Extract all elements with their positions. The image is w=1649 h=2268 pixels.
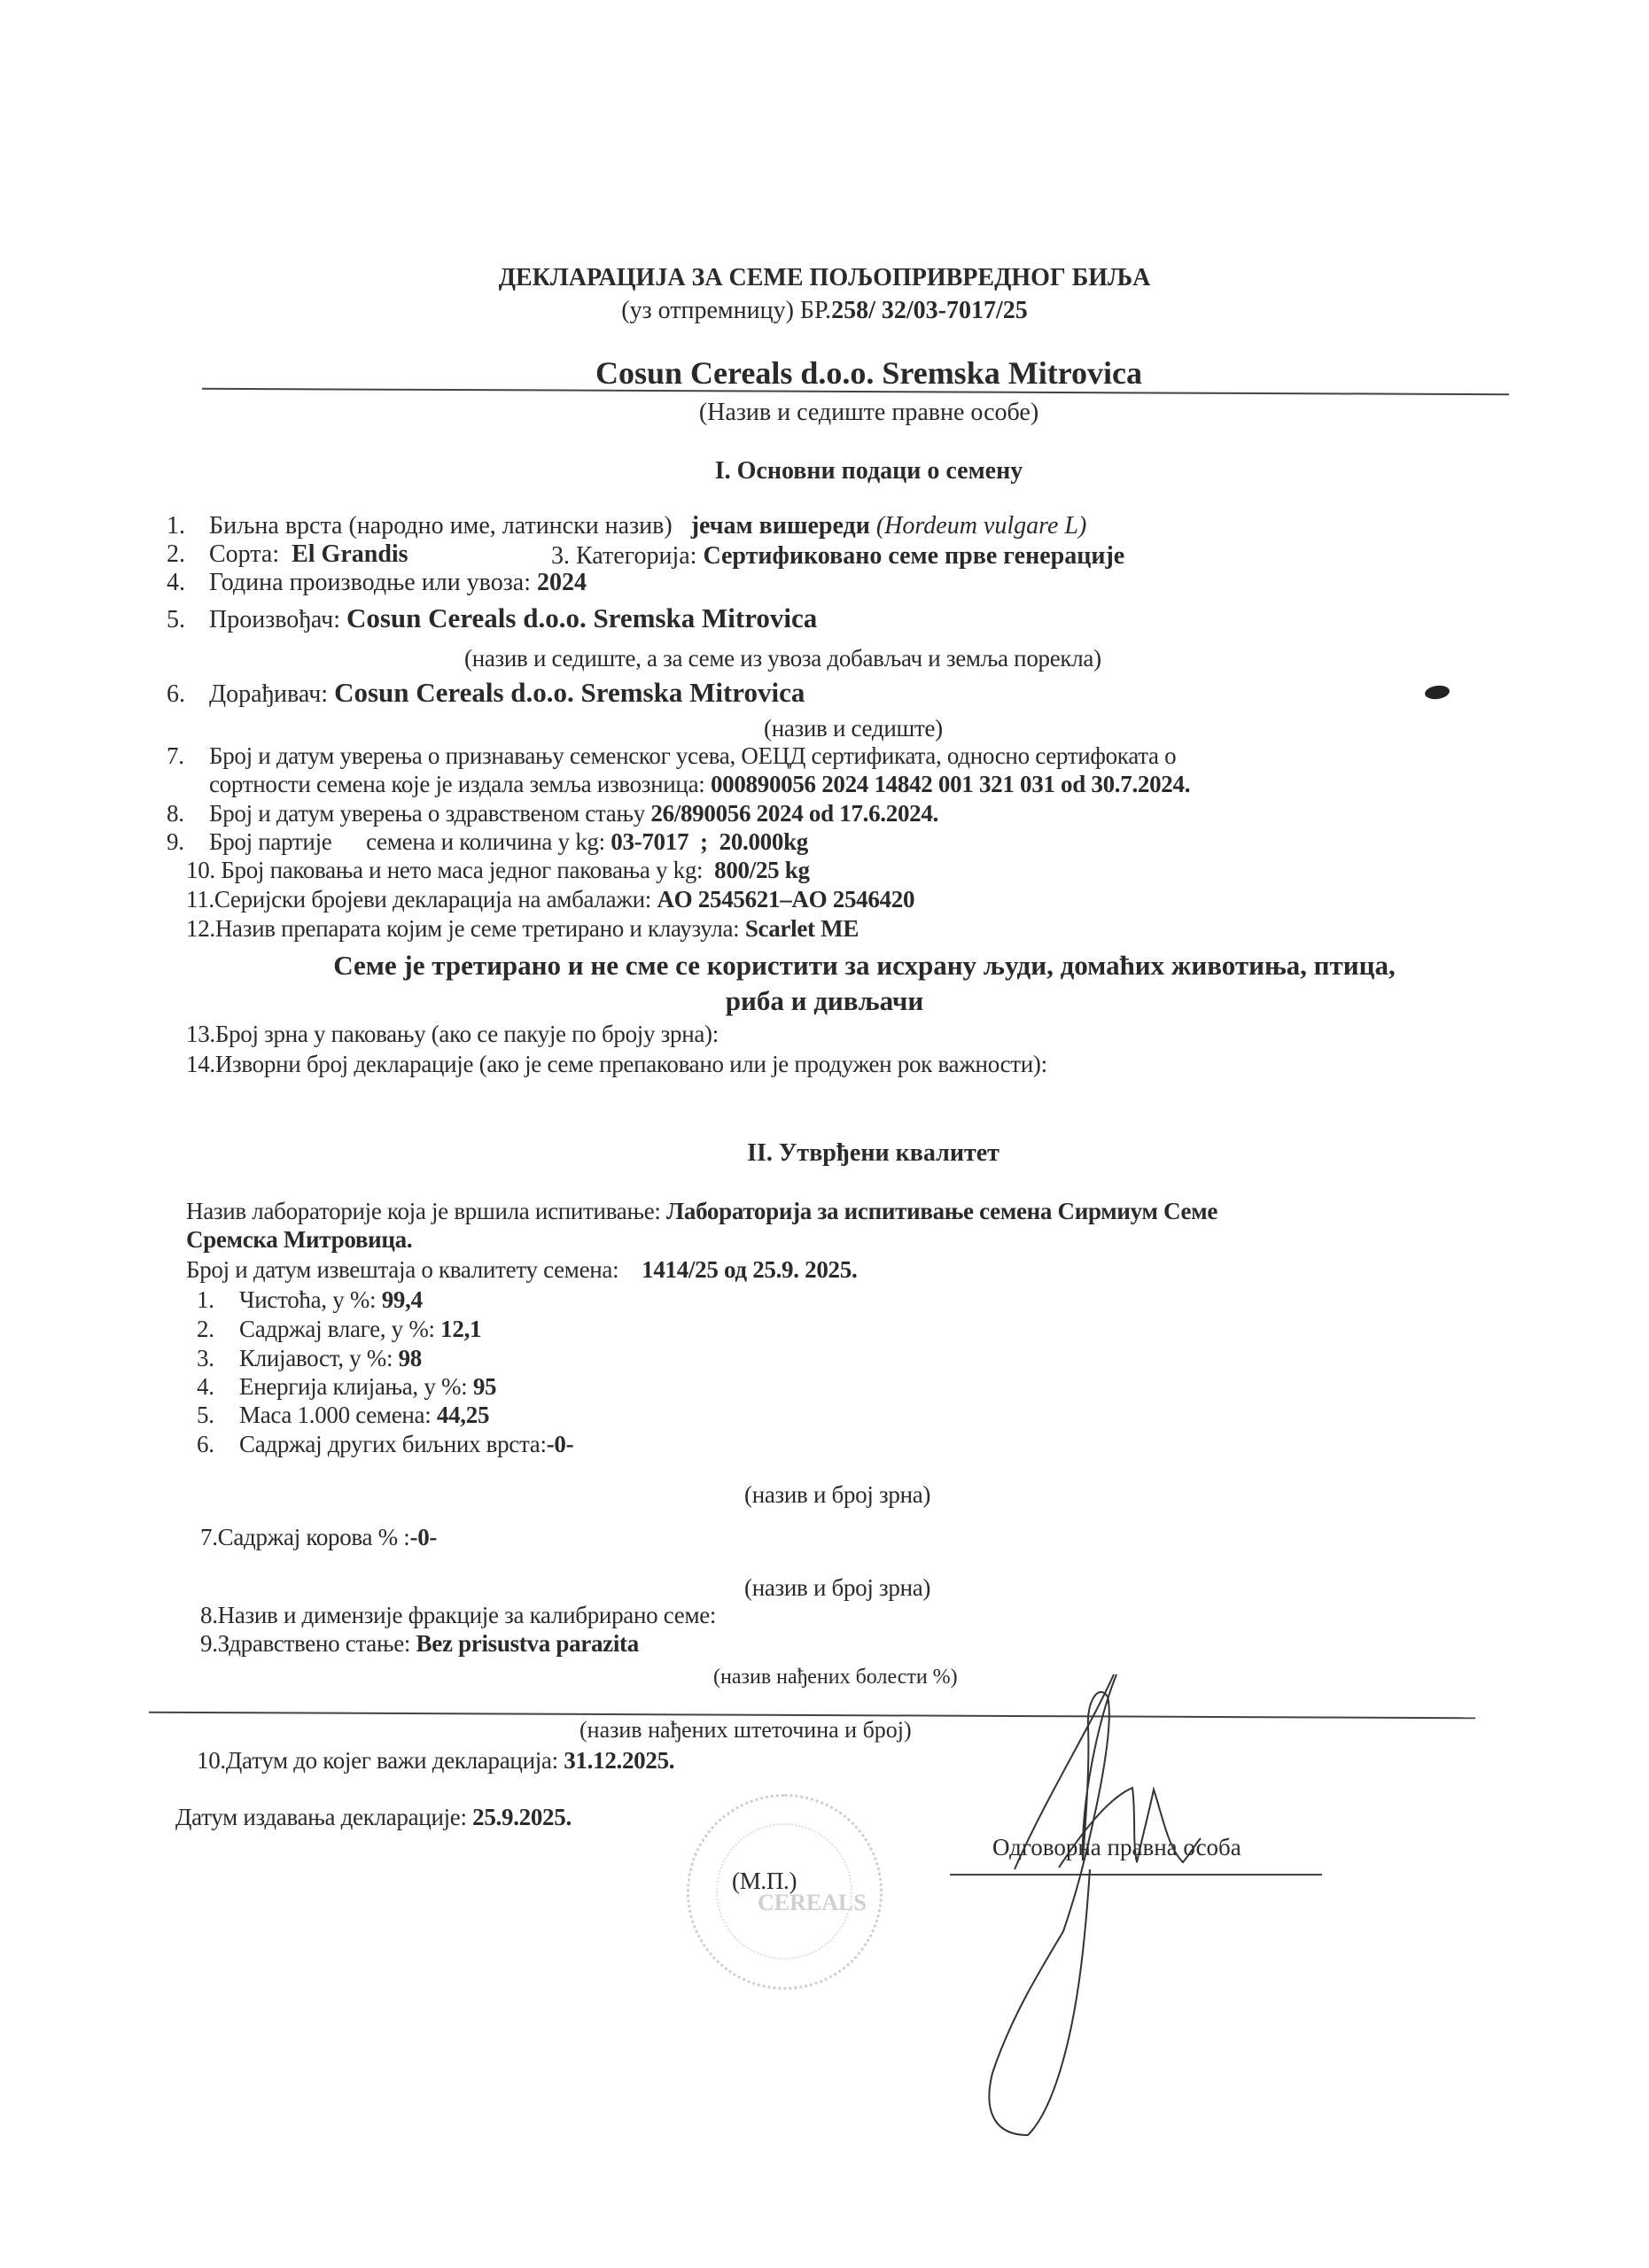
s1-item-6: 6.Дорађивач: Cosun Cereals d.o.o. Sremsk…	[167, 677, 805, 709]
treatment-warning-line1: Семе је третирано и не сме се користити …	[0, 950, 1649, 982]
report-line: Број и датум извештаја о квалитету семен…	[186, 1256, 857, 1284]
s1-item-6-caption: (назив и седиште)	[764, 715, 943, 742]
s2-item-7: 7.Садржај корова % :-0-	[200, 1524, 437, 1551]
s1-item-4: 4.Година производње или увоза: 2024	[167, 569, 587, 597]
s1-item-10: 10. Број паковања и нето маса једног пак…	[186, 857, 810, 884]
valid-until: 10.Датум до којег важи декларација: 31.1…	[197, 1747, 674, 1775]
section1-heading: I. Основни подаци о семену	[0, 457, 1649, 485]
s1-item-13: 13.Број зрна у паковању (ако се пакује п…	[186, 1021, 719, 1048]
company-name: Cosun Cereals d.o.o. Sremska Mitrovica	[0, 354, 1649, 392]
section2-heading: II. Утврђени квалитет	[0, 1139, 1649, 1168]
s1-item-7-cont: сортности семена које је издала земља из…	[209, 771, 1190, 798]
signature-icon	[930, 1666, 1373, 2197]
document-subtitle: (уз отпремницу) БР.258/ 32/03-7017/25	[0, 297, 1649, 325]
document-title: ДЕКЛАРАЦИЈА ЗА СЕМЕ ПОЉОПРИВРЕДНОГ БИЉА	[0, 264, 1649, 292]
s1-item-5-caption: (назив и седиште, а за семе из увоза доб…	[464, 645, 1101, 672]
s2-item-1: 1.Чистоћа, у %: 99,4	[197, 1286, 423, 1314]
subtitle-label: (уз отпремницу) БР.	[621, 297, 831, 324]
stamp-label: (М.П.)	[732, 1868, 797, 1895]
s1-item-7: 7.Број и датум уверења о признавању семе…	[167, 742, 1176, 770]
s2-item-5: 5.Маса 1.000 семена: 44,25	[197, 1402, 489, 1429]
s2-item-9: 9.Здравствено стање: Bez prisustva paraz…	[200, 1630, 639, 1658]
treatment-warning-line2: риба и дивљачи	[0, 985, 1649, 1017]
s1-item-3: 3. Категорија: Сертификовано семе прве г…	[551, 542, 1124, 571]
s1-item-14: 14.Изворни број декларације (ако је семе…	[186, 1051, 1047, 1078]
s1-item-1: 1.Биљна врста (народно име, латински наз…	[167, 512, 1086, 540]
s1-item-11: 11.Серијски бројеви декларација на амбал…	[186, 886, 914, 913]
s1-item-2: 2.Сорта: El Grandis	[167, 540, 408, 569]
subtitle-number: 258/ 32/03-7017/25	[831, 297, 1028, 324]
s2-item-6: 6.Садржај других биљних врста:-0-	[197, 1431, 573, 1458]
s2-item-8: 8.Назив и димензије фракције за калибрир…	[200, 1602, 716, 1629]
company-caption: (Назив и седиште правне особе)	[0, 399, 1649, 427]
lab-line: Назив лабораторије која је вршила испити…	[186, 1198, 1217, 1225]
s2-item-2: 2.Садржај влаге, у %: 12,1	[197, 1316, 481, 1343]
s2-item-4: 4.Енергија клијања, у %: 95	[197, 1373, 496, 1401]
s1-item-5: 5.Произвођач: Cosun Cereals d.o.o. Srems…	[167, 602, 817, 634]
s1-item-9: 9.Број партије семена и количина у kg: 0…	[167, 828, 808, 856]
issue-date: Датум издавања декларације: 25.9.2025.	[175, 1804, 572, 1831]
s2-item-3: 3.Клијавост, у %: 98	[197, 1345, 422, 1372]
ink-blot	[1424, 684, 1451, 701]
s1-item-8: 8.Број и датум уверења о здравственом ст…	[167, 800, 938, 827]
s2-item-9-caption: (назив нађених болести %)	[713, 1666, 958, 1689]
s1-item-12: 12.Назив препарата којим је семе третира…	[186, 915, 859, 943]
lab-line-2: Сремска Митровица.	[186, 1226, 412, 1254]
pests-caption: (назив нађених штеточина и број)	[579, 1717, 912, 1744]
s2-item-7-caption: (назив и број зрна)	[744, 1574, 930, 1602]
s2-item-6-caption: (назив и број зрна)	[744, 1481, 930, 1509]
